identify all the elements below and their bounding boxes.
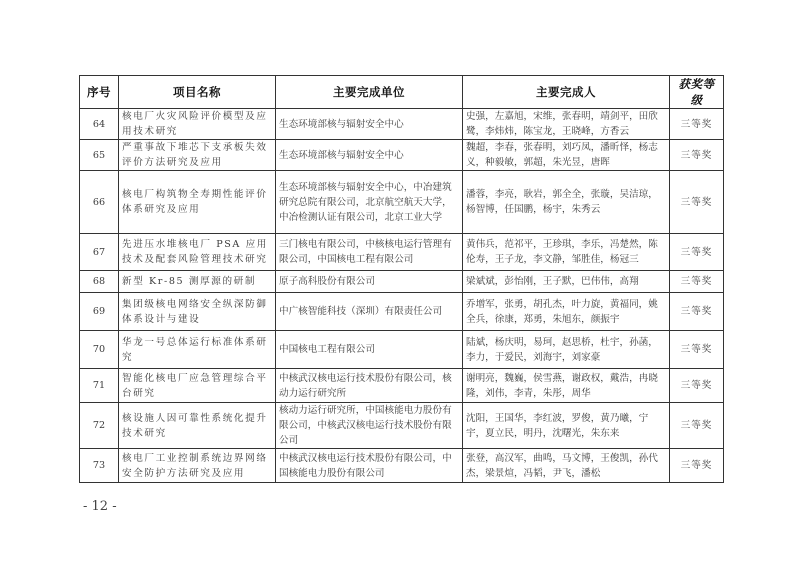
table-body: 64核电厂火灾风险评价模型及应用技术研究生态环境部核与辐射安全中心史强，左嘉旭，… bbox=[80, 109, 724, 483]
row-number-cell: 67 bbox=[80, 234, 119, 271]
award-level-cell: 三等奖 bbox=[670, 331, 724, 369]
main-units-cell: 中广核智能科技（深圳）有限责任公司 bbox=[276, 293, 463, 331]
award-level-cell: 三等奖 bbox=[670, 171, 724, 234]
main-units-cell: 核动力运行研究所，中国核能电力股份有限公司，中核武汉核电运行技术股份有限公司 bbox=[276, 403, 463, 449]
project-name-cell: 核电厂构筑物全寿期性能评价体系研究及应用 bbox=[119, 171, 276, 234]
main-people-cell: 史强，左嘉旭，宋维，张春明，靖剑平，田欣鹭，李炜炜，陈宝龙，王晓峰，方香云 bbox=[463, 109, 670, 140]
award-level-cell: 三等奖 bbox=[670, 140, 724, 171]
table-row: 65严重事故下堆芯下支承板失效评价方法研究及应用生态环境部核与辐射安全中心魏超，… bbox=[80, 140, 724, 171]
main-units-cell: 中核武汉核电运行技术股份有限公司，中国核能电力股份有限公司 bbox=[276, 449, 463, 483]
page-number: - 12 - bbox=[83, 499, 117, 514]
main-units-cell: 中国核电工程有限公司 bbox=[276, 331, 463, 369]
project-name-cell: 新型 Kr-85 测厚源的研制 bbox=[119, 271, 276, 293]
row-number-cell: 65 bbox=[80, 140, 119, 171]
row-number-cell: 71 bbox=[80, 369, 119, 403]
main-people-cell: 沈阳，王国华，李红波，罗俊，黄乃曦，宁宇，夏立民，明丹，沈曙光，朱东来 bbox=[463, 403, 670, 449]
row-number-cell: 66 bbox=[80, 171, 119, 234]
project-name-cell: 先进压水堆核电厂 PSA 应用技术及配套风险管理技术研究 bbox=[119, 234, 276, 271]
main-units-cell: 原子高科股份有限公司 bbox=[276, 271, 463, 293]
award-level-cell: 三等奖 bbox=[670, 234, 724, 271]
header-main-people: 主要完成人 bbox=[463, 76, 670, 109]
main-people-cell: 张登，高汉军，曲鸣，马文博，王俊凯，孙代杰，梁景煊，冯韬，尹飞，潘松 bbox=[463, 449, 670, 483]
project-name-cell: 核电厂火灾风险评价模型及应用技术研究 bbox=[119, 109, 276, 140]
table-row: 70华龙一号总体运行标准体系研究中国核电工程有限公司陆斌，杨庆明，易珂，赵思桥，… bbox=[80, 331, 724, 369]
row-number-cell: 73 bbox=[80, 449, 119, 483]
awards-table: 序号 项目名称 主要完成单位 主要完成人 获奖等级 64核电厂火灾风险评价模型及… bbox=[79, 75, 724, 483]
table-row: 69集团级核电网络安全纵深防御体系设计与建设中广核智能科技（深圳）有限责任公司乔… bbox=[80, 293, 724, 331]
main-units-cell: 生态环境部核与辐射安全中心 bbox=[276, 140, 463, 171]
award-level-cell: 三等奖 bbox=[670, 109, 724, 140]
project-name-cell: 核设施人因可靠性系统化提升技术研究 bbox=[119, 403, 276, 449]
header-award-level: 获奖等级 bbox=[670, 76, 724, 109]
award-level-cell: 三等奖 bbox=[670, 271, 724, 293]
table-row: 66核电厂构筑物全寿期性能评价体系研究及应用生态环境部核与辐射安全中心，中冶建筑… bbox=[80, 171, 724, 234]
table-row: 73核电厂工业控制系统边界网络安全防护方法研究及应用中核武汉核电运行技术股份有限… bbox=[80, 449, 724, 483]
table-row: 68新型 Kr-85 测厚源的研制原子高科股份有限公司梁斌斌，彭怡刚，王子默，巴… bbox=[80, 271, 724, 293]
project-name-cell: 集团级核电网络安全纵深防御体系设计与建设 bbox=[119, 293, 276, 331]
project-name-cell: 核电厂工业控制系统边界网络安全防护方法研究及应用 bbox=[119, 449, 276, 483]
award-level-cell: 三等奖 bbox=[670, 369, 724, 403]
document-page: 序号 项目名称 主要完成单位 主要完成人 获奖等级 64核电厂火灾风险评价模型及… bbox=[0, 0, 800, 565]
main-units-cell: 生态环境部核与辐射安全中心，中冶建筑研究总院有限公司，北京航空航天大学，中冶检测… bbox=[276, 171, 463, 234]
table-row: 71智能化核电厂应急管理综合平台研究中核武汉核电运行技术股份有限公司，核动力运行… bbox=[80, 369, 724, 403]
main-people-cell: 陆斌，杨庆明，易珂，赵思桥，杜宇，孙菡，李力，于爱民，刘海宇，刘家豪 bbox=[463, 331, 670, 369]
row-number-cell: 72 bbox=[80, 403, 119, 449]
header-number: 序号 bbox=[80, 76, 119, 109]
main-units-cell: 三门核电有限公司，中核核电运行管理有限公司，中国核电工程有限公司 bbox=[276, 234, 463, 271]
main-people-cell: 梁斌斌，彭怡刚，王子默，巴伟伟，高翔 bbox=[463, 271, 670, 293]
award-level-cell: 三等奖 bbox=[670, 293, 724, 331]
table-header-row: 序号 项目名称 主要完成单位 主要完成人 获奖等级 bbox=[80, 76, 724, 109]
project-name-cell: 智能化核电厂应急管理综合平台研究 bbox=[119, 369, 276, 403]
award-level-cell: 三等奖 bbox=[670, 449, 724, 483]
table-row: 67先进压水堆核电厂 PSA 应用技术及配套风险管理技术研究三门核电有限公司，中… bbox=[80, 234, 724, 271]
project-name-cell: 严重事故下堆芯下支承板失效评价方法研究及应用 bbox=[119, 140, 276, 171]
row-number-cell: 68 bbox=[80, 271, 119, 293]
table-row: 64核电厂火灾风险评价模型及应用技术研究生态环境部核与辐射安全中心史强，左嘉旭，… bbox=[80, 109, 724, 140]
project-name-cell: 华龙一号总体运行标准体系研究 bbox=[119, 331, 276, 369]
header-main-units: 主要完成单位 bbox=[276, 76, 463, 109]
row-number-cell: 64 bbox=[80, 109, 119, 140]
main-people-cell: 乔增军，张勇，胡孔杰，叶力旋，黄福同，姚全兵，徐康，郑勇，朱旭东，颜振宇 bbox=[463, 293, 670, 331]
main-people-cell: 潘蓉，李亮，耿岩，郭全全，张璇，吴洁琼，杨智博，任国鹏，杨宇，朱秀云 bbox=[463, 171, 670, 234]
row-number-cell: 70 bbox=[80, 331, 119, 369]
row-number-cell: 69 bbox=[80, 293, 119, 331]
main-units-cell: 中核武汉核电运行技术股份有限公司，核动力运行研究所 bbox=[276, 369, 463, 403]
main-people-cell: 魏超，李春，张春明，刘巧凤，潘昕怿，杨志义，种毅敏，郭超，朱光昱，唐晖 bbox=[463, 140, 670, 171]
main-people-cell: 黄伟兵，范祁平，王珍琪，李乐，冯楚然，陈伦寿，王子龙，李文静，邹胜佳，杨冠三 bbox=[463, 234, 670, 271]
header-project-name: 项目名称 bbox=[119, 76, 276, 109]
award-level-cell: 三等奖 bbox=[670, 403, 724, 449]
table-row: 72核设施人因可靠性系统化提升技术研究核动力运行研究所，中国核能电力股份有限公司… bbox=[80, 403, 724, 449]
main-units-cell: 生态环境部核与辐射安全中心 bbox=[276, 109, 463, 140]
main-people-cell: 谢明亮，魏巍，侯雪燕，谢政权，戴浩，冉晓隆，刘伟，李青，朱彤，周华 bbox=[463, 369, 670, 403]
